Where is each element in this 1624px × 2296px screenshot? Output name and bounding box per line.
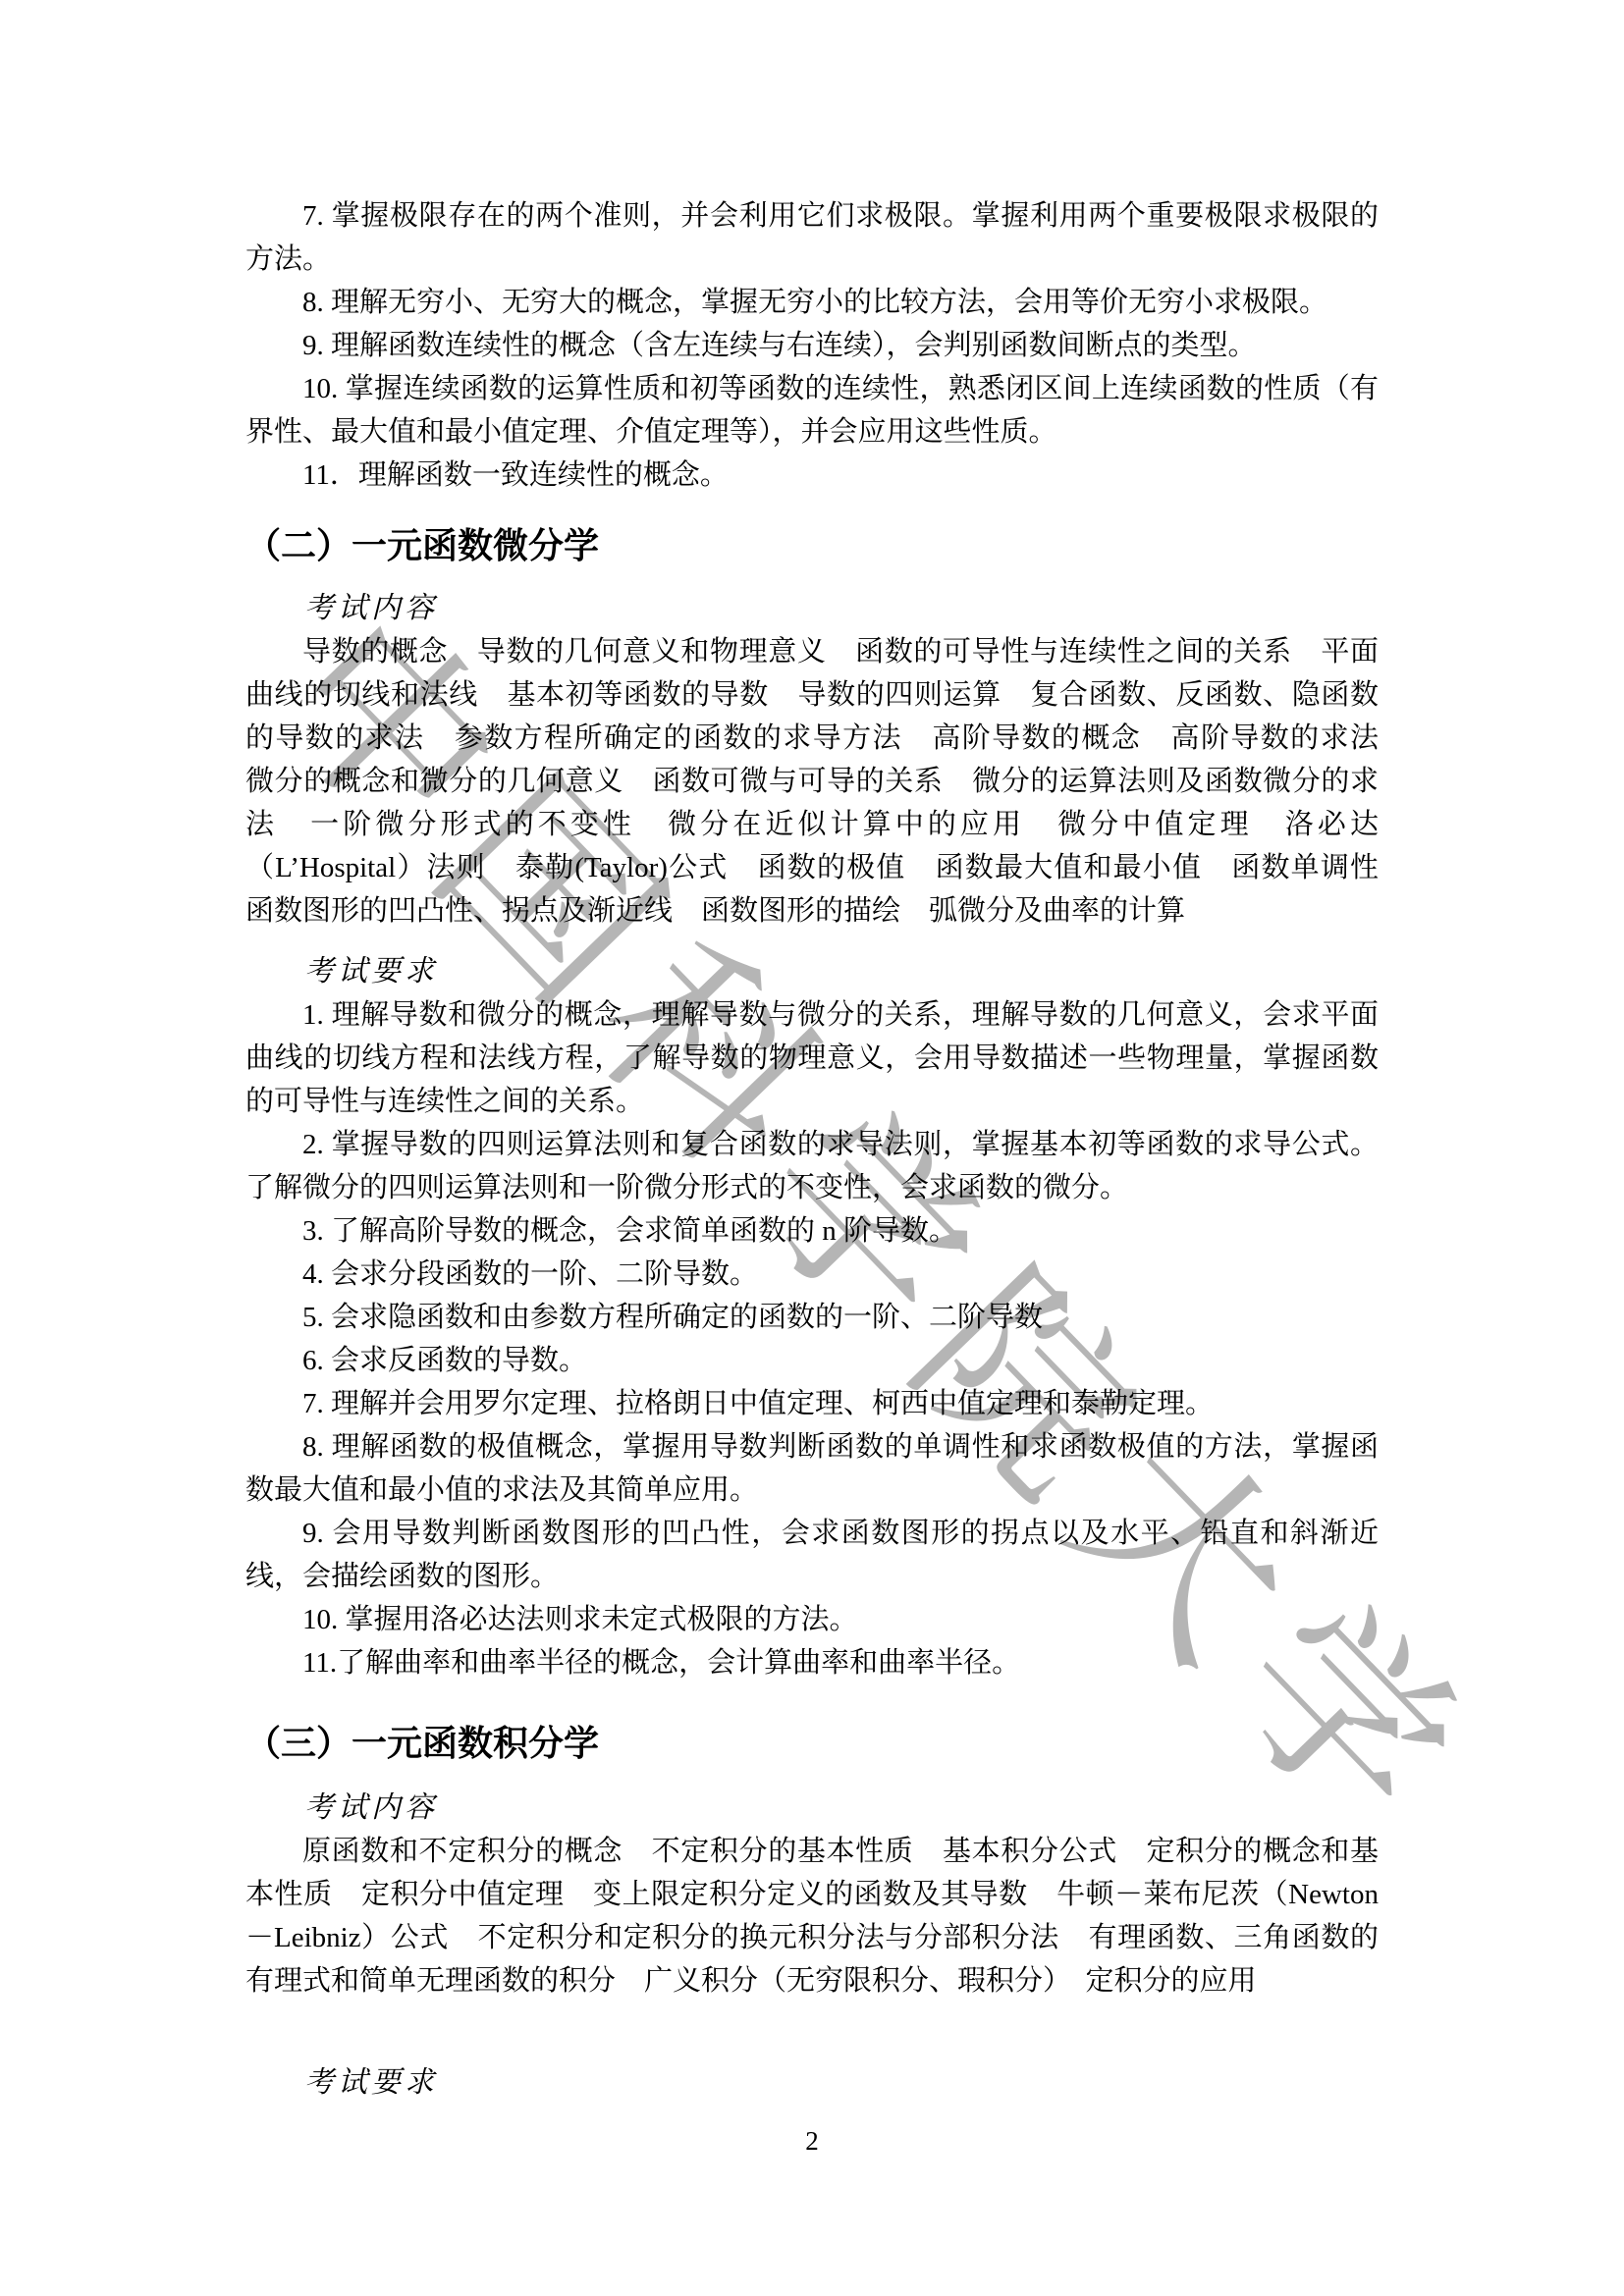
requirement-item: 9. 会用导数判断函数图形的凹凸性，会求函数图形的拐点以及水平、铅直和斜渐近线，… [245, 1512, 1379, 1598]
requirement-item: 11．理解函数一致连续性的概念。 [245, 454, 1379, 497]
page-number: 2 [0, 2125, 1624, 2157]
requirement-item: 7. 理解并会用罗尔定理、拉格朗日中值定理、柯西中值定理和泰勒定理。 [245, 1382, 1379, 1425]
requirement-item: 10. 掌握连续函数的运算性质和初等函数的连续性，熟悉闭区间上连续函数的性质（有… [245, 367, 1379, 454]
requirement-item: 1. 理解导数和微分的概念，理解导数与微分的关系，理解导数的几何意义，会求平面曲… [245, 993, 1379, 1123]
requirement-item: 5. 会求隐函数和由参数方程所确定的函数的一阶、二阶导数 [245, 1296, 1379, 1339]
content-area: 7. 掌握极限存在的两个准则，并会利用它们求极限。掌握利用两个重要极限求极限的方… [245, 194, 1379, 2105]
exam-requirements-label: 考试要求 [245, 950, 1379, 993]
requirement-item: 9. 理解函数连续性的概念（含左连续与右连续），会判别函数间断点的类型。 [245, 324, 1379, 367]
requirement-item: 6. 会求反函数的导数。 [245, 1339, 1379, 1382]
requirement-item: 11.了解曲率和曲率半径的概念，会计算曲率和曲率半径。 [245, 1641, 1379, 1684]
requirement-item: 3. 了解高阶导数的概念，会求简单函数的 n 阶导数。 [245, 1209, 1379, 1253]
exam-content-label: 考试内容 [245, 1787, 1379, 1830]
requirements-continued-list: 7. 掌握极限存在的两个准则，并会利用它们求极限。掌握利用两个重要极限求极限的方… [245, 194, 1379, 497]
requirement-item: 2. 掌握导数的四则运算法则和复合函数的求导法则，掌握基本初等函数的求导公式。了… [245, 1123, 1379, 1209]
requirement-item: 10. 掌握用洛必达法则求未定式极限的方法。 [245, 1598, 1379, 1641]
section-2-heading: （二）一元函数微分学 [245, 522, 1379, 569]
exam-content-paragraph: 导数的概念 导数的几何意义和物理意义 函数的可导性与连续性之间的关系 平面曲线的… [245, 630, 1379, 933]
requirement-item: 7. 掌握极限存在的两个准则，并会利用它们求极限。掌握利用两个重要极限求极限的方… [245, 194, 1379, 281]
exam-content-label: 考试内容 [245, 587, 1379, 630]
requirement-item: 8. 理解函数的极值概念，掌握用导数判断函数的单调性和求函数极值的方法，掌握函数… [245, 1425, 1379, 1512]
requirement-item: 8. 理解无穷小、无穷大的概念，掌握无穷小的比较方法，会用等价无穷小求极限。 [245, 281, 1379, 324]
exam-requirements-label: 考试要求 [245, 2061, 1379, 2105]
section-3-heading: （三）一元函数积分学 [245, 1720, 1379, 1767]
requirements-list: 1. 理解导数和微分的概念，理解导数与微分的关系，理解导数的几何意义，会求平面曲… [245, 993, 1379, 1684]
requirement-item: 4. 会求分段函数的一阶、二阶导数。 [245, 1253, 1379, 1296]
document-page: 中国科学院大学 7. 掌握极限存在的两个准则，并会利用它们求极限。掌握利用两个重… [0, 0, 1624, 2296]
exam-content-paragraph: 原函数和不定积分的概念 不定积分的基本性质 基本积分公式 定积分的概念和基本性质… [245, 1830, 1379, 2002]
